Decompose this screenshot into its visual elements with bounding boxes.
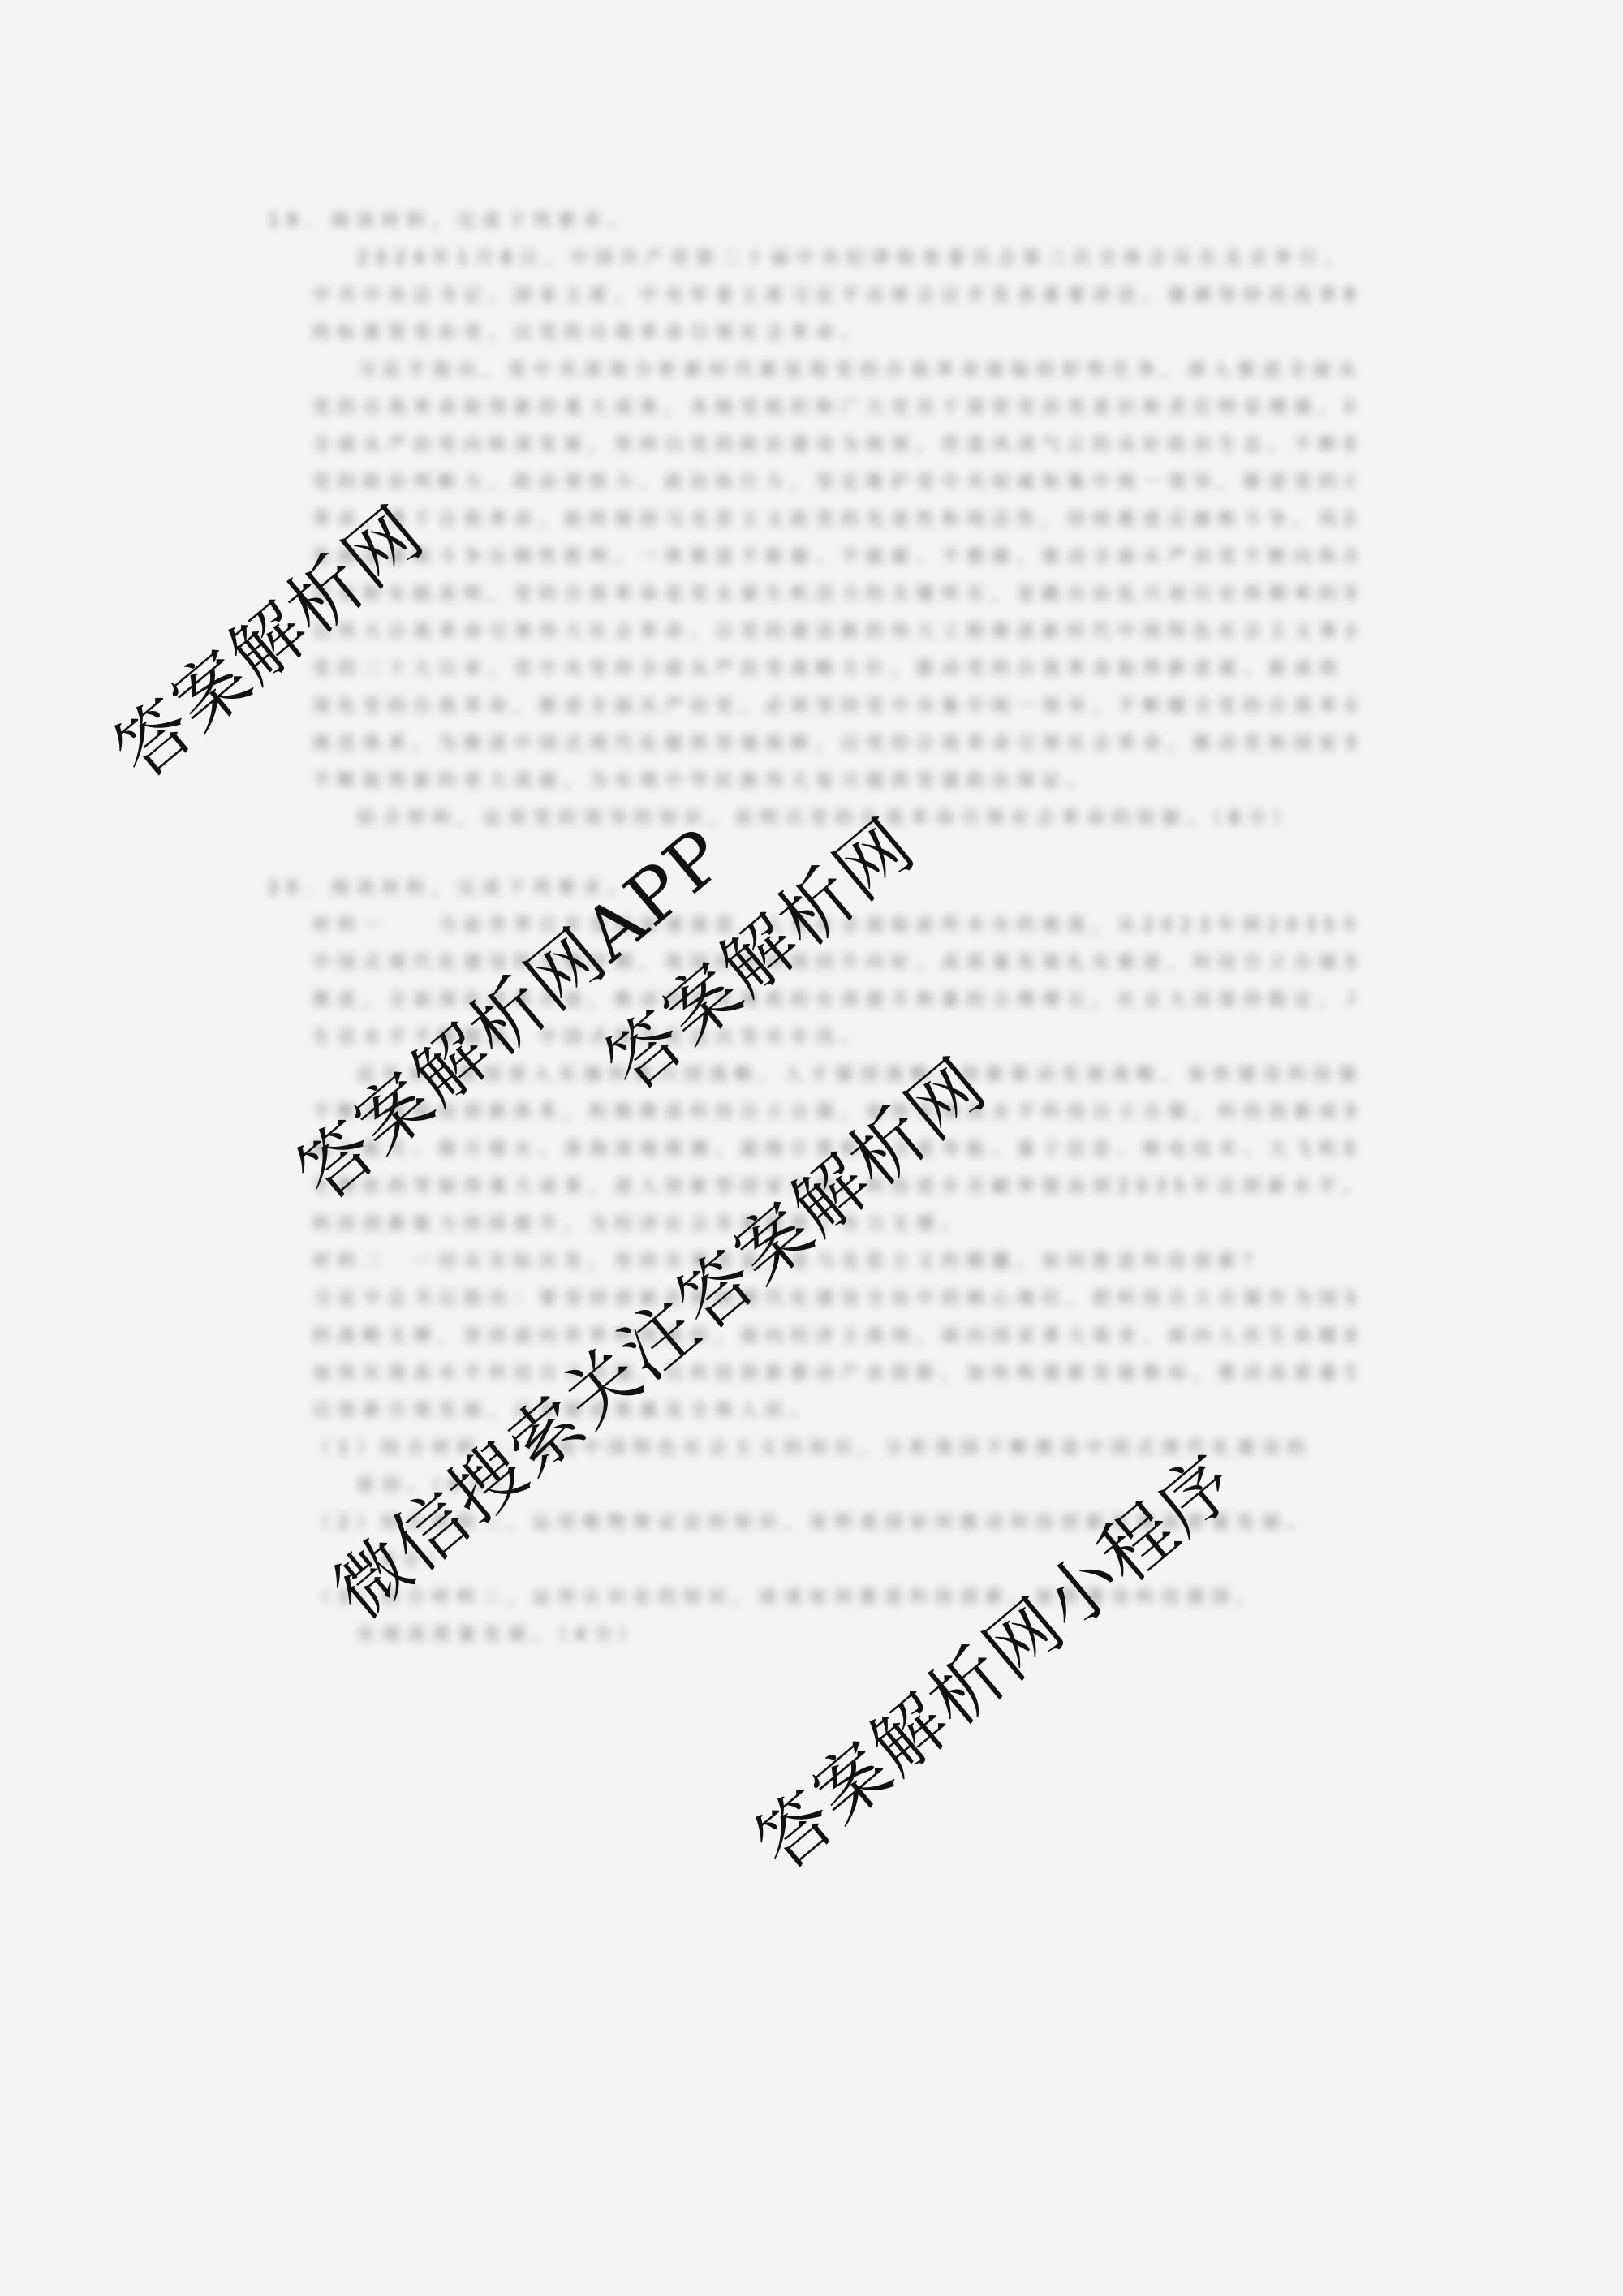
document-line: 深化党的自我革命，推进全面从严治党，必须坚持党中央集中统一领导，不断健全党的自我… [268, 688, 1355, 726]
document-line: 革命，勇于自我革命，始终保持马克思主义政党的先进性和纯洁性，持续推进反腐败斗争，… [268, 502, 1355, 539]
document-line: 的战略支撑，坚持面向世界科技前沿，面向经济主战场，面向国家重大需求，面向人民生命… [268, 1318, 1355, 1355]
document-line: 实现高质量发展。（4分） [268, 1617, 1355, 1654]
document-line: 习近平指出，党中央深刻分析新时代新征程党的自我革命面临的形势任务，深入推进全面从… [268, 352, 1355, 390]
document-line: 规范体系，为推进中国式现代化提供坚强保障，以党的自我革命引领社会革命，推动党和国… [268, 726, 1355, 763]
document-line: 推进，全面深化改革开放，推动经济实现质的有效提升和量的合理增长，社会大局保持稳定… [268, 982, 1355, 1019]
document-line: 全面从严治党向纵深发展，坚持以党的政治建设为统领，营造风清气正的良好政治生态，不… [268, 427, 1355, 464]
question-header: 19. 阅读材料，完成下列要求。 [268, 203, 1355, 240]
document-line: 以创新引领发展，以发展成果惠及全体人民。 [268, 1393, 1355, 1430]
document-line: 加快实现高水平科技自立自强，以科技创新推动产业创新，加快构建新发展格局，推动高质… [268, 1355, 1355, 1393]
document-line: 中共中央总书记、国家主席、中央军委主席习近平出席会议并发表重要讲话。强调坚持用改… [268, 278, 1355, 315]
document-line: 2024年1月8日，中国共产党第二十届中央纪律检查委员会第三次全体会议在北京举行… [268, 240, 1355, 278]
document-line: 习近平总书记指出：要坚持创新在我国现代化建设全局中的核心地位，把科技自立自强作为… [268, 1281, 1355, 1318]
document-line: 党的政治判断力、政治领悟力、政治执行力，坚定维护党中央权威和集中统一领导，推进党… [268, 464, 1355, 502]
document-line: 结合材料，运用党的领导的知识，说明以党的自我革命引领社会革命的依据。（8分） [268, 800, 1355, 838]
document-line: 不断取得新的更大成就，为实现中华民族伟大复兴提供坚强政治保证。 [268, 763, 1355, 800]
document-line: 党的自我革命取得新的重大成果，各级党组织和广大党员干部管党治党意识和责任明显增强… [268, 390, 1355, 427]
document-page: 19. 阅读材料，完成下列要求。2024年1月8日，中国共产党第二十届中央纪律检… [0, 0, 1623, 2296]
document-line: 历史和实践表明，党的自我革命是党永葆生机活力的关键所在，是跳出治乱兴衰历史周期率… [268, 576, 1355, 614]
document-line: 的标准管党治党，以党的自我革命引领社会革命。 [268, 315, 1355, 352]
document-line: 以伟大自我革命引领伟大社会革命，以党的建设新的伟大工程推进新时代中国特色社会主义… [268, 614, 1355, 651]
document-line: 党的二十大以来，党中央坚持全面从严治党战略方针，推动党的自我革命取得新进展、新成… [268, 651, 1355, 688]
